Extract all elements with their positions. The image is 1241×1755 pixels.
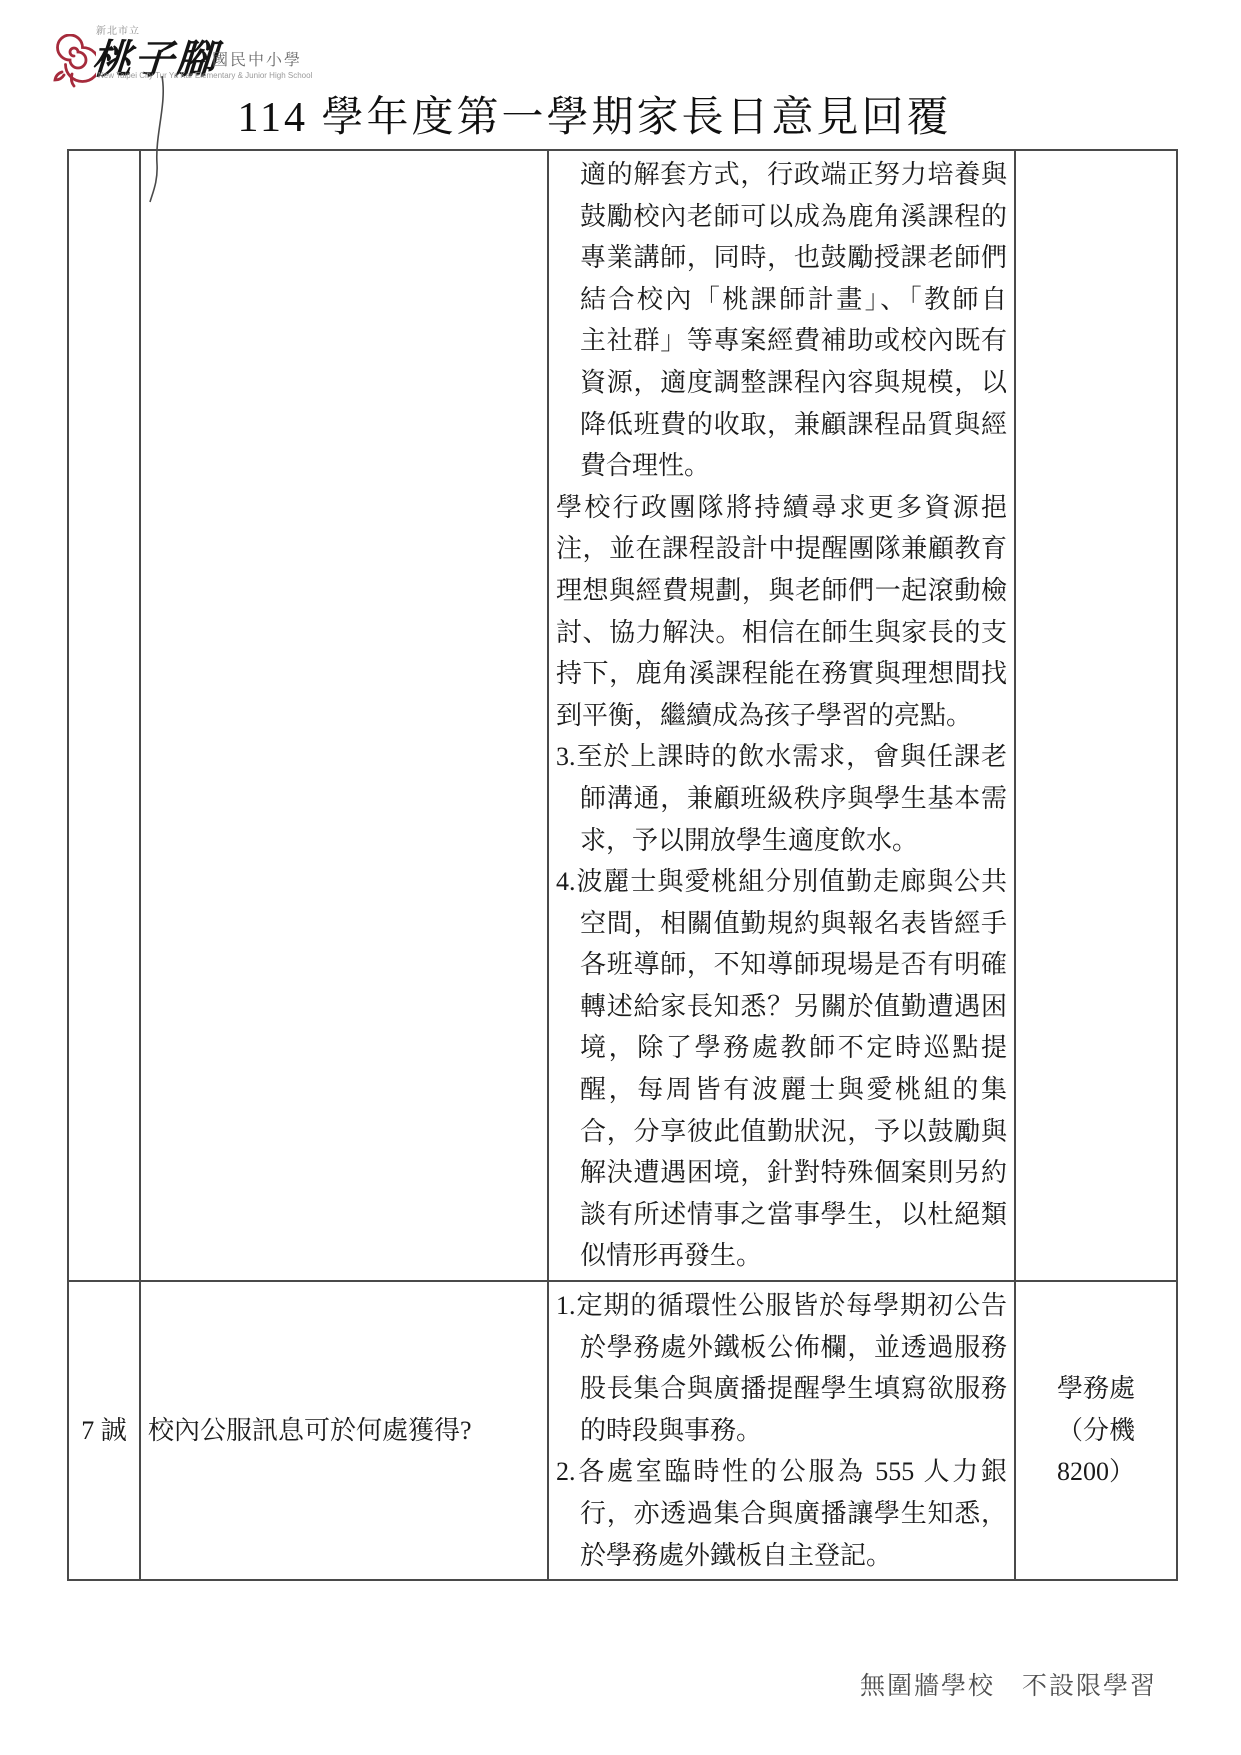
department-name: 學務處 (1023, 1368, 1169, 1410)
response-line: 各班導師，不知導師現場是否有明確 (556, 944, 1007, 986)
response-line: 股長集合與廣播提醒學生填寫欲服務 (556, 1368, 1007, 1410)
response-line: 1.定期的循環性公服皆於每學期初公告 (556, 1285, 1007, 1327)
response-line: 境，除了學務處教師不定時巡點提 (556, 1027, 1007, 1069)
response-line: 降低班費的收取，兼顧課程品質與經 (556, 404, 1007, 446)
response-line: 3.至於上課時的飲水需求，會與任課老 (556, 736, 1007, 778)
response-line: 於學務處外鐵板公佈欄，並透過服務 (556, 1327, 1007, 1369)
school-motto-footer: 無圍牆學校 不設限學習 (860, 1666, 1157, 1702)
feedback-table: 適的解套方式，行政端正努力培養與 鼓勵校內老師可以成為鹿角溪課程的 專業講師，同… (67, 149, 1178, 1581)
response-cell: 1.定期的循環性公服皆於每學期初公告 於學務處外鐵板公佈欄，並透過服務 股長集合… (548, 1281, 1015, 1580)
response-line: 4.波麗士與愛桃組分別值勤走廊與公共 (556, 861, 1007, 903)
class-cell (68, 150, 140, 1281)
table-row: 適的解套方式，行政端正努力培養與 鼓勵校內老師可以成為鹿角溪課程的 專業講師，同… (68, 150, 1177, 1281)
response-line: 空間，相關值勤規約與報名表皆經手 (556, 903, 1007, 945)
response-line: 到平衡，繼續成為孩子學習的亮點。 (556, 695, 1007, 737)
response-line: 醒，每周皆有波麗士與愛桃組的集 (556, 1069, 1007, 1111)
response-line: 鼓勵校內老師可以成為鹿角溪課程的 (556, 196, 1007, 238)
response-line: 學校行政團隊將持續尋求更多資源挹 (556, 487, 1007, 529)
response-line: 注，並在課程設計中提醒團隊兼顧教育 (556, 528, 1007, 570)
response-line: 的時段與事務。 (556, 1410, 1007, 1452)
school-logo: 新北市立 桃子腳 國民中小學 New Taipei City Tur Ya Ka… (50, 14, 370, 94)
response-line: 資源，適度調整課程內容與規模，以 (556, 362, 1007, 404)
response-line: 解決遭遇困境，針對特殊個案則另約 (556, 1152, 1007, 1194)
page-title: 114 學年度第一學期家長日意見回覆 (0, 84, 1189, 144)
response-cell: 適的解套方式，行政端正努力培養與 鼓勵校內老師可以成為鹿角溪課程的 專業講師，同… (548, 150, 1015, 1281)
response-line: 主社群」等專案經費補助或校內既有 (556, 320, 1007, 362)
response-line: 師溝通，兼顧班級秩序與學生基本需 (556, 778, 1007, 820)
response-line: 似情形再發生。 (556, 1235, 1007, 1277)
response-line: 費合理性。 (556, 445, 1007, 487)
class-cell: 7 誠 (68, 1281, 140, 1580)
response-line: 求，予以開放學生適度飲水。 (556, 820, 1007, 862)
response-line: 持下，鹿角溪課程能在務實與理想間找 (556, 653, 1007, 695)
response-line: 於學務處外鐵板自主登記。 (556, 1535, 1007, 1577)
question-cell: 校內公服訊息可於何處獲得? (140, 1281, 548, 1580)
response-line: 理想與經費規劃，與老師們一起滾動檢 (556, 570, 1007, 612)
department-cell: 學務處 （分機 8200） (1015, 1281, 1177, 1580)
response-line: 合，分享彼此值勤狀況，予以鼓勵與 (556, 1111, 1007, 1153)
table-row: 7 誠 校內公服訊息可於何處獲得? 1.定期的循環性公服皆於每學期初公告 於學務… (68, 1281, 1177, 1580)
department-extension: （分機 8200） (1023, 1410, 1169, 1493)
response-line: 結合校內「桃課師計畫」、「教師自 (556, 279, 1007, 321)
department-cell (1015, 150, 1177, 1281)
question-cell (140, 150, 548, 1281)
response-line: 適的解套方式，行政端正努力培養與 (556, 154, 1007, 196)
response-line: 專業講師，同時，也鼓勵授課老師們 (556, 237, 1007, 279)
response-line: 談有所述情事之當事學生，以杜絕類 (556, 1194, 1007, 1236)
response-line: 轉述給家長知悉？另關於值勤遭遇困 (556, 986, 1007, 1028)
response-line: 行，亦透過集合與廣播讓學生知悉， (556, 1493, 1007, 1535)
response-line: 2.各處室臨時性的公服為 555 人力銀 (556, 1451, 1007, 1493)
response-line: 討、協力解決。相信在師生與家長的支 (556, 612, 1007, 654)
logo-english-name: New Taipei City Tur Ya Kar Elementary & … (98, 71, 312, 80)
logo-school-type: 國民中小學 (212, 47, 302, 70)
